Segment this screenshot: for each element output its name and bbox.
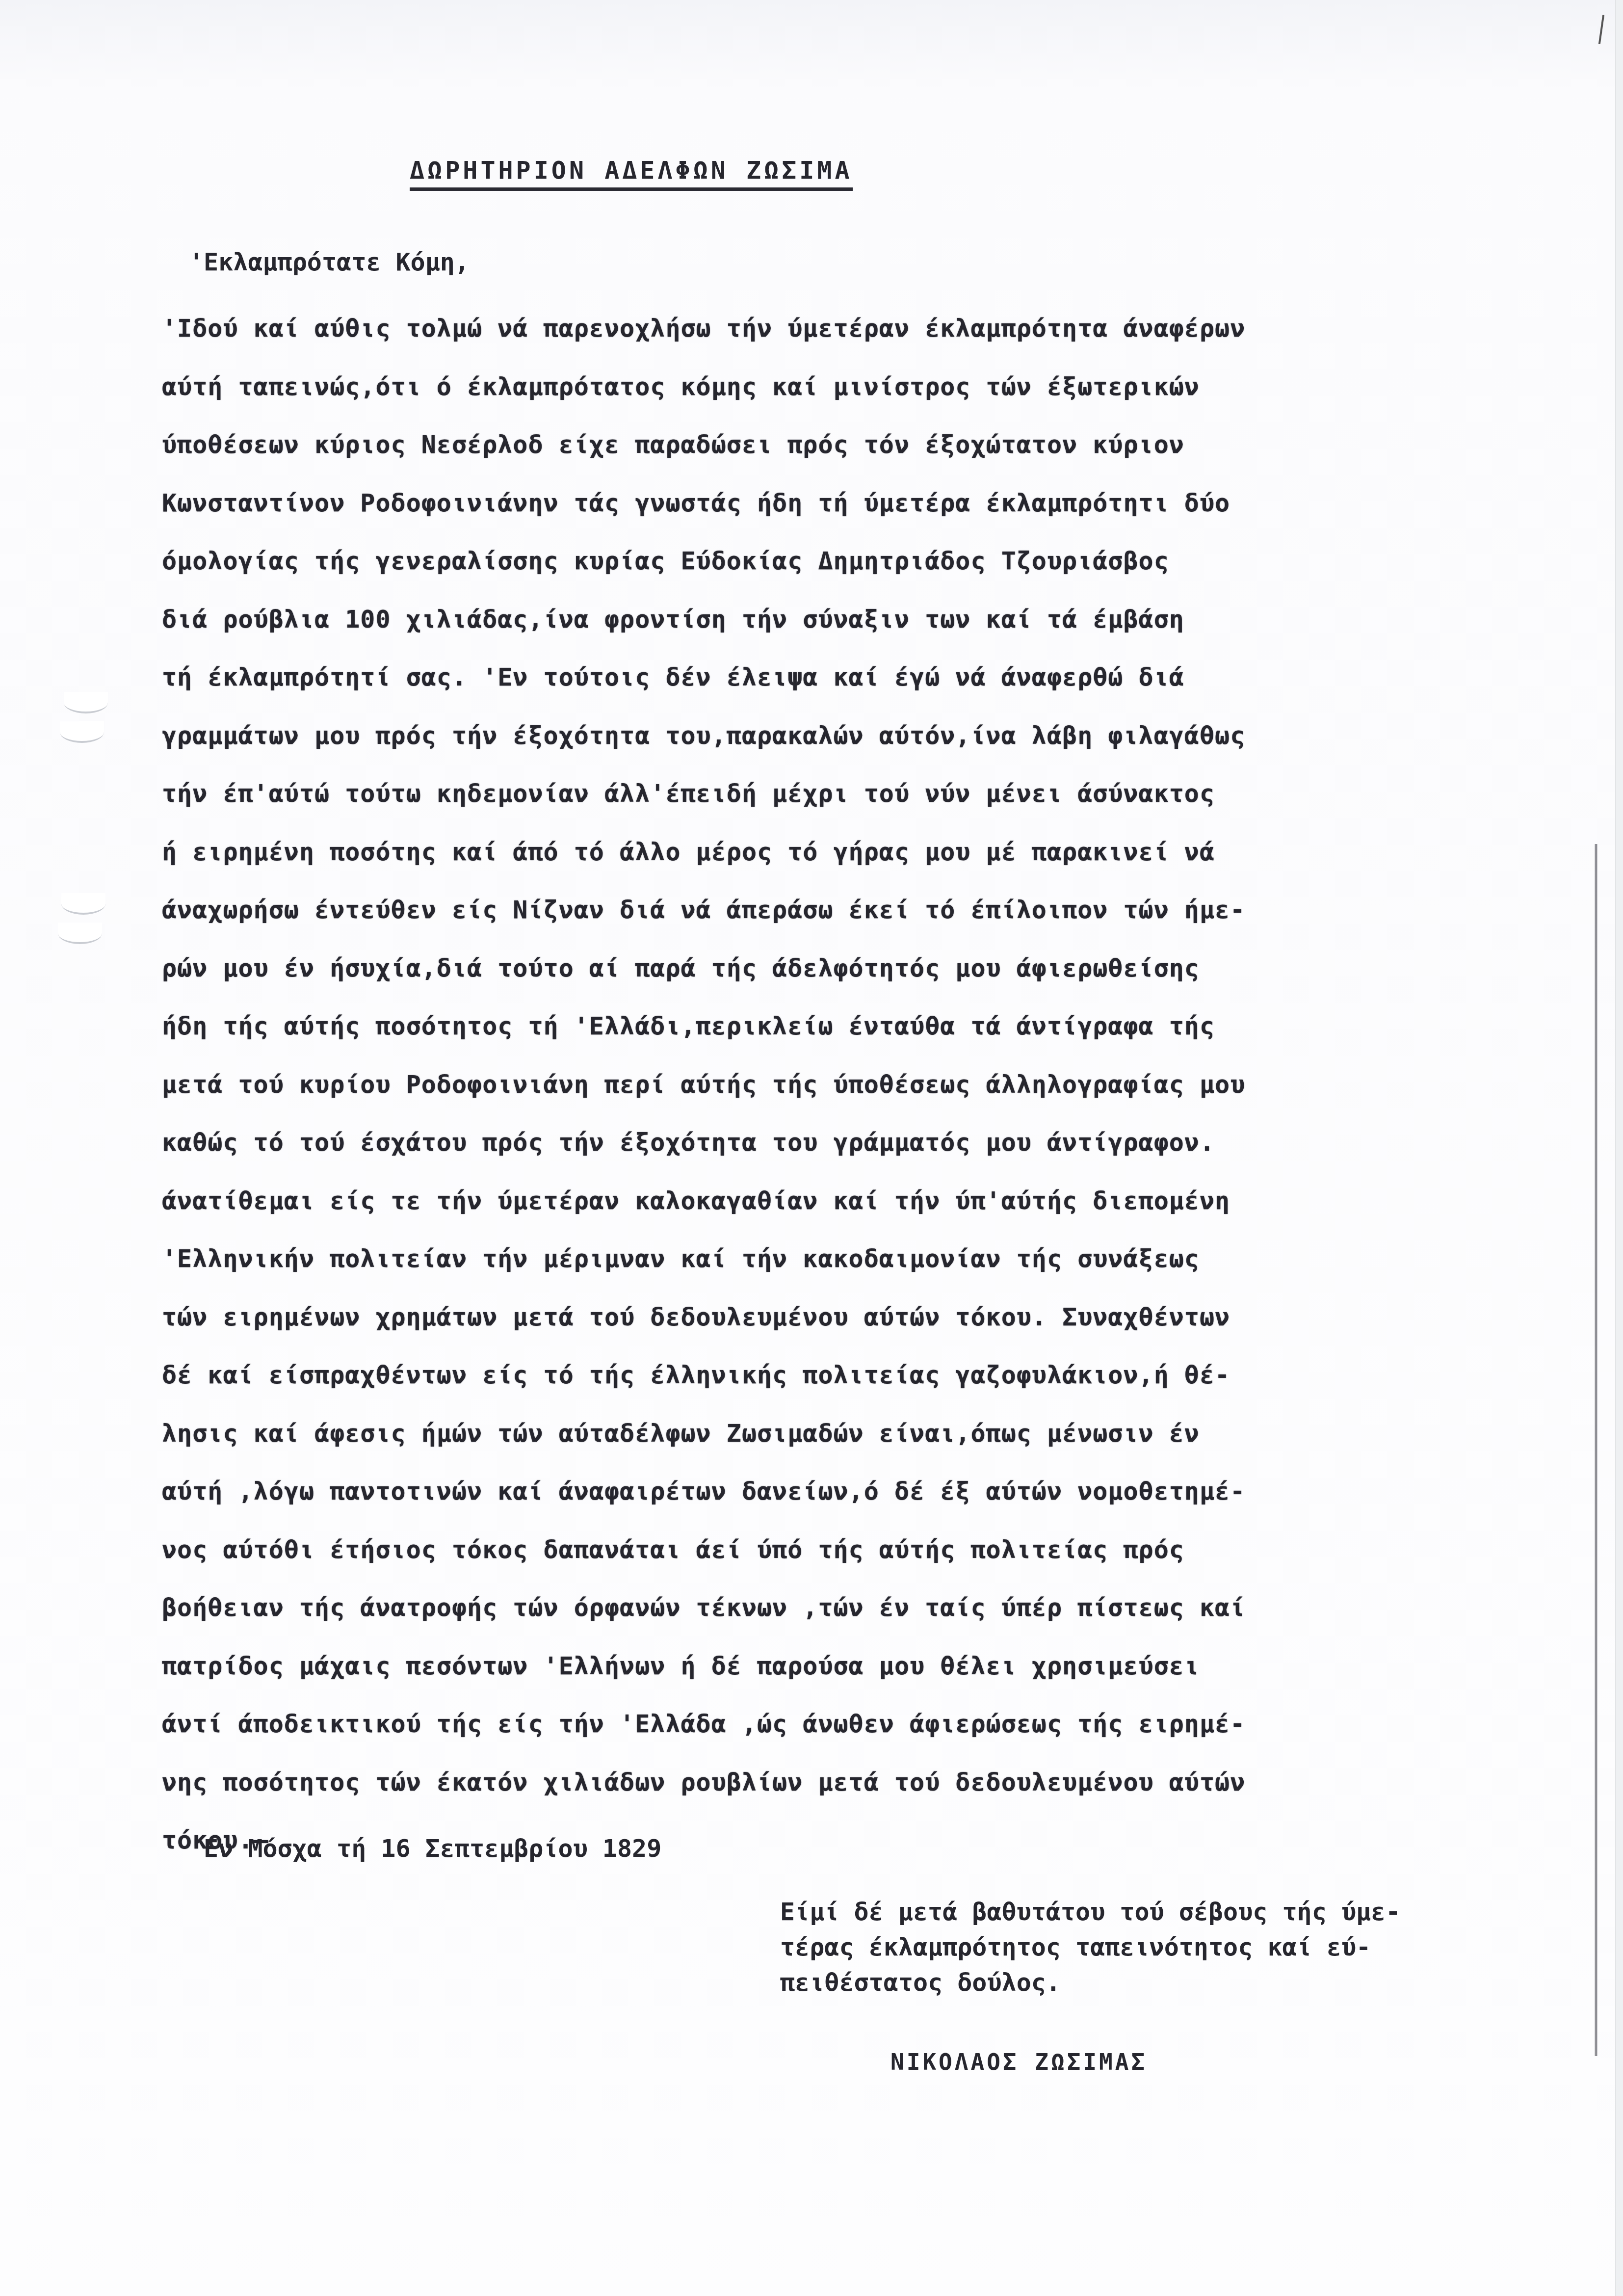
body-line: άνατίθεμαι είς τε τήν ύμετέραν καλοκαγαθ… xyxy=(162,1172,1614,1230)
body-line: άναχωρήσω έντεύθεν είς Νίζναν διά νά άπε… xyxy=(162,881,1614,939)
closing-line: πειθέστατος δούλος. xyxy=(780,1965,1599,2000)
date-line: 'Εν Μόσχα τή 16 Σεπτεμβρίου 1829 xyxy=(189,1834,661,1863)
body-line: λησις καί άφεσις ήμών τών αύταδέλφων Ζωσ… xyxy=(162,1404,1614,1463)
body-line: ύποθέσεων κύριος Νεσέρλοδ είχε παραδώσει… xyxy=(162,416,1614,474)
body-line: γραμμάτων μου πρός τήν έξοχότητα του,παρ… xyxy=(162,707,1614,765)
punch-hole-icon xyxy=(58,923,102,944)
body-line: 'Ελληνικήν πολιτείαν τήν μέριμναν καί τή… xyxy=(162,1230,1614,1288)
signature: ΝΙΚΟΛΑΟΣ ΖΩΣΙΜΑΣ xyxy=(890,2049,1147,2075)
salutation: 'Εκλαμπρότατε Κόμη, xyxy=(189,248,470,276)
body-line: βοήθειαν τής άνατροφής τών όρφανών τέκνω… xyxy=(162,1579,1614,1637)
body-line: τή έκλαμπρότητί σας. 'Εν τούτοις δέν έλε… xyxy=(162,648,1614,707)
closing-line: τέρας έκλαμπρότητος ταπεινότητος καί εύ- xyxy=(780,1929,1599,1965)
body-line: όμολογίας τής γενεραλίσσης κυρίας Εύδοκί… xyxy=(162,532,1614,590)
body-line: διά ρούβλια 100 χιλιάδας,ίνα φροντίση τή… xyxy=(162,590,1614,649)
paper-edge xyxy=(1615,0,1623,2296)
scanned-page: ΔΩΡΗΤΗΡΙΟΝ ΑΔΕΛΦΩΝ ΖΩΣΙΜΑ 'Εκλαμπρότατε … xyxy=(0,0,1623,2296)
pen-mark xyxy=(1598,15,1604,44)
closing-formula: Είμί δέ μετά βαθυτάτου τού σέβους τής ύμ… xyxy=(780,1894,1599,2000)
body-line: νης ποσότητος τών έκατόν χιλιάδων ρουβλί… xyxy=(162,1753,1614,1812)
body-line: ή ειρημένη ποσότης καί άπό τό άλλο μέρος… xyxy=(162,823,1614,881)
body-line: τήν έπ'αύτώ τούτω κηδεμονίαν άλλ'έπειδή … xyxy=(162,765,1614,823)
body-line: πατρίδος μάχαις πεσόντων 'Ελλήνων ή δέ π… xyxy=(162,1637,1614,1695)
body-line: τών ειρημένων χρημάτων μετά τού δεδουλευ… xyxy=(162,1288,1614,1346)
body-line: μετά τού κυρίου Ροδοφοινιάνη περί αύτής … xyxy=(162,1056,1614,1114)
body-line: δέ καί είσπραχθέντων είς τό τής έλληνική… xyxy=(162,1346,1614,1404)
body-line: αύτή ταπεινώς,ότι ό έκλαμπρότατος κόμης … xyxy=(162,358,1614,416)
body-line: 'Ιδού καί αύθις τολμώ νά παρενοχλήσω τήν… xyxy=(162,299,1614,358)
punch-hole-icon xyxy=(61,893,105,915)
body-line: άντί άποδεικτικού τής είς τήν 'Ελλάδα ,ώ… xyxy=(162,1695,1614,1753)
closing-line: Είμί δέ μετά βαθυτάτου τού σέβους τής ύμ… xyxy=(780,1894,1599,1929)
punch-hole-icon xyxy=(60,721,104,743)
body-line: αύτή ,λόγω παντοτινών καί άναφαιρέτων δα… xyxy=(162,1462,1614,1521)
body-line: Κωνσταντίνον Ροδοφοινιάνην τάς γνωστάς ή… xyxy=(162,474,1614,532)
body-line: ρών μου έν ήσυχία,διά τούτο αί παρά τής … xyxy=(162,939,1614,998)
letter-body: 'Ιδού καί αύθις τολμώ νά παρενοχλήσω τήν… xyxy=(162,299,1614,1870)
body-line: ήδη τής αύτής ποσότητος τή 'Ελλάδι,περικ… xyxy=(162,997,1614,1056)
body-line: νος αύτόθι έτήσιος τόκος δαπανάται άεί ύ… xyxy=(162,1521,1614,1579)
body-line: καθώς τό τού έσχάτου πρός τήν έξοχότητα … xyxy=(162,1113,1614,1172)
punch-hole-icon xyxy=(64,692,108,713)
document-title: ΔΩΡΗΤΗΡΙΟΝ ΑΔΕΛΦΩΝ ΖΩΣΙΜΑ xyxy=(410,156,853,191)
